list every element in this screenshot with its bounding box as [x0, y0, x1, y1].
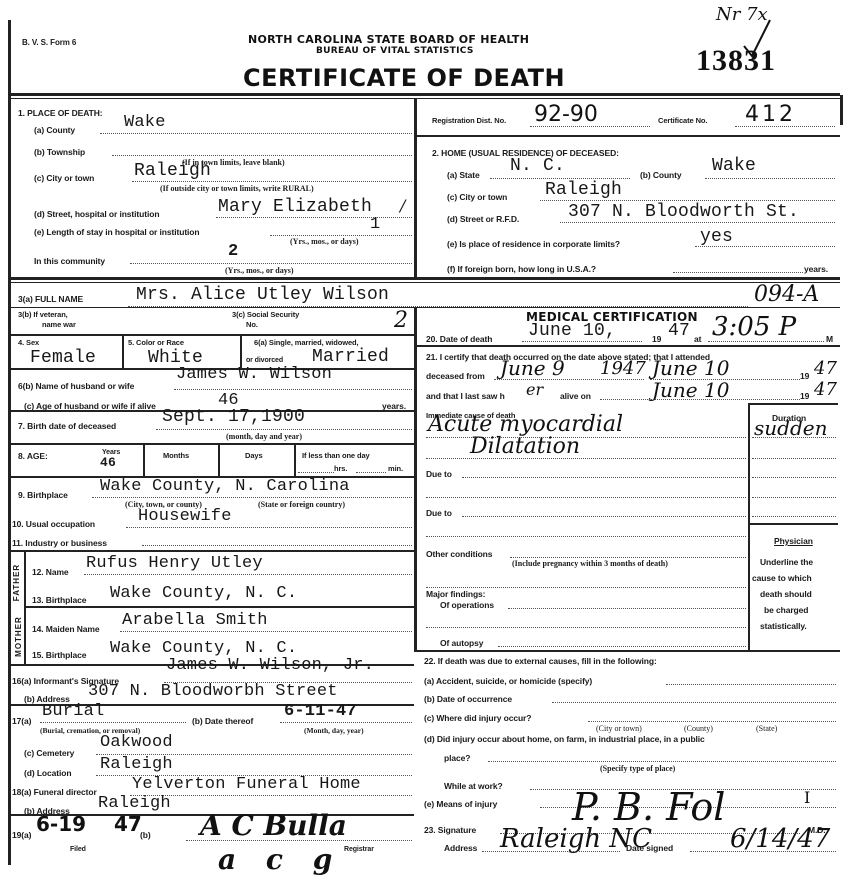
informant-signature-value: James W. Wilson, Jr. — [166, 657, 374, 674]
father-name-label: 12. Name — [32, 567, 69, 577]
filed-label: 19(a) — [12, 830, 31, 840]
father-side-label: FATHER — [12, 564, 21, 601]
street-label: (d) Street, hospital or institution — [34, 209, 159, 219]
foreign-born-label: (f) If foreign born, how long in U.S.A.? — [447, 264, 596, 274]
cemetery-label: (c) Cemetery — [24, 748, 74, 758]
full-name-label: 3(a) FULL NAME — [18, 294, 83, 304]
registration-rule — [414, 135, 840, 137]
burial-type-label: 17(a) — [12, 716, 31, 726]
veteran-label-2: name war — [42, 320, 76, 329]
filed-year-value: 47 — [114, 814, 142, 834]
birth-date-value: Sept. 17,1900 — [162, 408, 305, 426]
birth-date-label: 7. Birth date of deceased — [18, 421, 116, 431]
age-hrs-label: hrs. — [334, 464, 347, 473]
duration-divider — [748, 405, 750, 650]
township-label: (b) Township — [34, 147, 85, 157]
section-rule-1 — [8, 277, 840, 280]
death-time-label: at — [694, 334, 701, 344]
due-to-label-2: Due to — [426, 508, 452, 518]
where-hint-city: (City or town) — [596, 724, 642, 733]
residence-county-value: Wake — [712, 157, 756, 175]
location-value: Raleigh — [100, 756, 173, 773]
due-to-label-1: Due to — [426, 469, 452, 479]
full-name-value: Mrs. Alice Utley Wilson — [136, 286, 389, 304]
physician-address-label: Address — [444, 843, 477, 853]
registrar-initials: a c g — [218, 846, 342, 874]
other-conditions-hint: (Include pregnancy within 3 months of de… — [512, 559, 668, 568]
physician-note-2: cause to which — [752, 573, 812, 583]
stay-hint: (Yrs., mos., or days) — [290, 237, 359, 246]
burial-date-value: 6-11-47 — [284, 703, 357, 720]
death-date-label: 20. Date of death — [426, 334, 492, 344]
industry-label: 11. Industry or business — [12, 538, 107, 548]
physician-signature-value: P. B. Fol — [572, 788, 725, 826]
county-value: Wake — [124, 114, 166, 131]
physician-signature-label: 23. Signature — [424, 825, 476, 835]
other-conditions-label: Other conditions — [426, 549, 492, 559]
external-causes-heading: 22. If death was due to external causes,… — [424, 656, 657, 666]
accident-label: (a) Accident, suicide, or homicide (spec… — [424, 676, 592, 686]
ssn-label: 3(c) Social Security — [232, 310, 299, 319]
certificate-label: Certificate No. — [658, 116, 707, 125]
attended-to-year-prefix: 19 — [800, 371, 809, 381]
registration-dist-label: Registration Dist. No. — [432, 116, 506, 125]
age-months-label: Months — [163, 451, 189, 460]
age-days-label: Days — [245, 451, 263, 460]
work-label: While at work? — [444, 781, 503, 791]
father-birthplace-value: Wake County, N. C. — [110, 585, 297, 602]
top-rule-inner — [8, 98, 840, 99]
spouse-label: 6(b) Name of husband or wife — [18, 381, 134, 391]
age-label: 8. AGE: — [18, 451, 48, 461]
spouse-value: James W. Wilson — [176, 366, 332, 383]
autopsy-label: Of autopsy — [440, 638, 483, 648]
funeral-director-value: Yelverton Funeral Home — [132, 776, 361, 793]
registrar-label: (b) — [140, 830, 151, 840]
where-hint-state: (State) — [756, 724, 777, 733]
means-mark: I — [804, 790, 810, 806]
burial-type-value: Burial — [42, 703, 104, 720]
residence-county-label: (b) County — [640, 170, 682, 180]
funeral-director-label: 18(a) Funeral director — [12, 787, 97, 797]
community-hint: (Yrs., mos., or days) — [225, 266, 294, 275]
community-value: 2 — [228, 243, 238, 260]
registrar-hint: Registrar — [344, 846, 374, 853]
last-saw-year: 47 — [814, 381, 837, 399]
stay-value: 1 — [370, 216, 380, 233]
mother-birthplace-label: 15. Birthplace — [32, 650, 86, 660]
father-birthplace-label: 13. Birthplace — [32, 595, 86, 605]
birthplace-value: Wake County, N. Carolina — [100, 478, 350, 495]
marital-value: Married — [312, 348, 389, 366]
occupation-label: 10. Usual occupation — [12, 519, 95, 529]
sex-value: Female — [30, 349, 96, 367]
occurrence-label: (b) Date of occurrence — [424, 694, 512, 704]
informant-address-value: 307 N. Bloodworbh Street — [88, 683, 338, 700]
ssn-mark: 2 — [394, 310, 408, 332]
immediate-cause-line-1: Acute myocardial — [428, 414, 623, 436]
place-label-2: place? — [444, 753, 470, 763]
occupation-value: Housewife — [138, 508, 232, 525]
registration-dist-value: 92-90 — [534, 104, 598, 126]
race-label: 5. Color or Race — [128, 338, 184, 347]
age-min-label: min. — [388, 464, 403, 473]
last-saw-value: June 10 — [652, 380, 729, 400]
where-hint-county: (County) — [684, 724, 713, 733]
ssn-label-2: No. — [246, 320, 258, 329]
county-label: (a) County — [34, 125, 75, 135]
attended-from-label: deceased from — [426, 371, 485, 381]
community-label: In this community — [34, 256, 105, 266]
place-of-death-heading: 1. PLACE OF DEATH: — [18, 108, 102, 118]
director-address-value: Raleigh — [98, 795, 171, 812]
state-value: N. C. — [510, 157, 565, 175]
age-less-than-day-label: If less than one day — [302, 451, 370, 460]
marital-label-2: or divorced — [246, 357, 283, 364]
place-label: (d) Did injury occur about home, on farm… — [424, 734, 705, 744]
mother-name-value: Arabella Smith — [122, 612, 268, 629]
physician-note-5: statistically. — [760, 621, 807, 631]
street-value: Mary Elizabeth — [218, 198, 372, 216]
check-mark-icon — [740, 18, 780, 68]
place-hint: (Specify type of place) — [600, 764, 675, 773]
operations-label: Of operations — [440, 600, 494, 610]
birthplace-hint-state: (State or foreign country) — [258, 500, 345, 509]
attended-from-value: June 9 — [500, 358, 565, 378]
burial-date-label: (b) Date thereof — [192, 716, 253, 726]
last-saw-alive-label: alive on — [560, 391, 591, 401]
stay-label: (e) Length of stay in hospital or instit… — [34, 227, 200, 237]
mother-birthplace-value: Wake County, N. C. — [110, 640, 297, 657]
physician-note-4: be charged — [764, 605, 808, 615]
filed-hint: Filed — [70, 846, 86, 853]
city-value: Raleigh — [134, 162, 211, 180]
street-mark: / — [400, 198, 405, 214]
last-saw-year-prefix: 19 — [800, 391, 809, 401]
residence-city-value: Raleigh — [545, 181, 622, 199]
agency-name: NORTH CAROLINA STATE BOARD OF HEALTH — [248, 33, 529, 46]
date-signed-value: 6/14/47 — [730, 826, 830, 852]
mother-side-label: MOTHER — [14, 616, 23, 657]
immediate-cause-line-2: Dilatation — [470, 436, 580, 458]
residence-city-label: (c) City or town — [447, 192, 507, 202]
attended-to-year: 47 — [814, 360, 837, 378]
state-label: (a) State — [447, 170, 480, 180]
death-time-suffix: M — [826, 334, 833, 344]
physician-note-3: death should — [760, 589, 812, 599]
registrar-signature: A C Bulla — [200, 812, 347, 840]
code-mark: 094-A — [754, 284, 819, 306]
city-label: (c) City or town — [34, 173, 94, 183]
death-year-prefix: 19 — [652, 334, 661, 344]
father-name-value: Rufus Henry Utley — [86, 555, 263, 572]
death-year-value: 47 — [668, 322, 690, 340]
major-findings-label: Major findings: — [426, 589, 485, 599]
form-id: B. V. S. Form 6 — [22, 38, 76, 47]
corporate-limits-label: (e) Is place of residence in corporate l… — [447, 239, 620, 249]
attended-from-year: 1947 — [600, 360, 646, 378]
burial-date-hint: (Month, day, year) — [304, 726, 364, 735]
residence-street-value: 307 N. Bloodworth St. — [568, 203, 799, 221]
top-rule — [8, 93, 840, 96]
sex-label: 4. Sex — [18, 338, 39, 347]
last-saw-label: and that I last saw h — [426, 391, 505, 401]
birth-date-hint: (month, day and year) — [226, 432, 302, 441]
cemetery-value: Oakwood — [100, 734, 173, 751]
physician-note-1: Underline the — [760, 557, 813, 567]
veteran-label: 3(b) If veteran, — [18, 310, 68, 319]
marital-label: 6(a) Single, married, widowed, — [254, 338, 359, 347]
duration-value: sudden — [754, 418, 827, 438]
filed-date-value: 6-19 — [36, 814, 86, 834]
corporate-limits-value: yes — [700, 228, 733, 246]
foreign-born-unit: years. — [804, 264, 828, 274]
certificate-value: 412 — [745, 104, 796, 126]
birthplace-label: 9. Birthplace — [18, 490, 68, 500]
attended-to-value: June 10 — [652, 358, 729, 378]
last-saw-pronoun: er — [526, 382, 543, 398]
location-label: (d) Location — [24, 768, 71, 778]
page-title: CERTIFICATE OF DEATH — [243, 64, 565, 92]
city-hint: (If outside city or town limits, write R… — [160, 184, 314, 193]
age-years-value: 46 — [100, 456, 116, 469]
bureau-name: BUREAU OF VITAL STATISTICS — [316, 46, 474, 56]
mother-name-label: 14. Maiden Name — [32, 624, 99, 634]
column-divider-main — [414, 307, 417, 652]
physician-heading: Physician — [774, 536, 813, 546]
frame-right-border — [840, 95, 843, 125]
where-label: (c) Where did injury occur? — [424, 713, 531, 723]
means-label: (e) Means of injury — [424, 799, 497, 809]
column-divider-top — [414, 99, 417, 277]
death-time-value: 3:05 P — [712, 314, 796, 340]
date-signed-label: Date signed — [626, 843, 673, 853]
death-date-value: June 10, — [528, 322, 616, 340]
residence-street-label: (d) Street or R.F.D. — [447, 214, 519, 224]
